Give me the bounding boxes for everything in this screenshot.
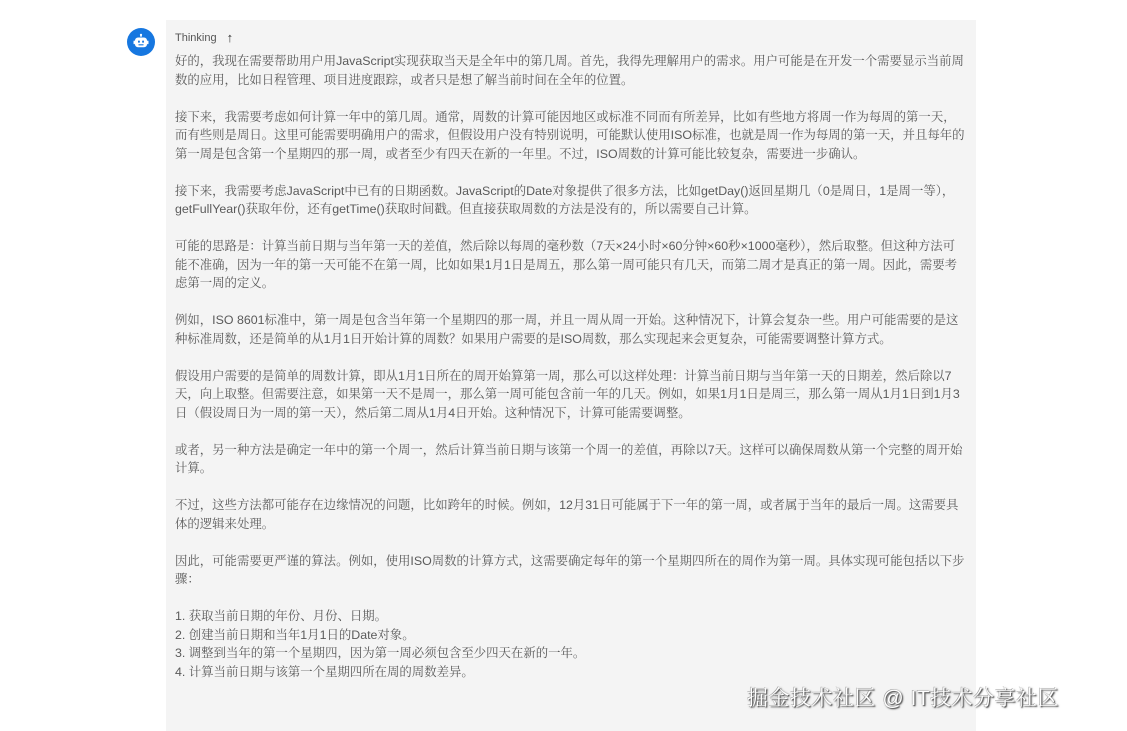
robot-icon <box>132 33 150 51</box>
steps-list: 1. 获取当前日期的年份、月份、日期。 2. 创建当前日期和当年1月1日的Dat… <box>175 607 967 681</box>
paragraph: 可能的思路是：计算当前日期与当年第一天的差值，然后除以每周的毫秒数（7天×24小… <box>175 237 967 293</box>
paragraph: 好的，我现在需要帮助用户用JavaScript实现获取当天是全年中的第几周。首先… <box>175 52 967 89</box>
paragraph: 因此，可能需要更严谨的算法。例如，使用ISO周数的计算方式，这需要确定每年的第一… <box>175 552 967 589</box>
paragraph: 例如，ISO 8601标准中，第一周是包含当年第一个星期四的那一周，并且一周从周… <box>175 311 967 348</box>
paragraph: 接下来，我需要考虑如何计算一年中的第几周。通常，周数的计算可能因地区或标准不同而… <box>175 108 967 164</box>
list-item: 1. 获取当前日期的年份、月份、日期。 <box>175 607 967 626</box>
list-item: 4. 计算当前日期与该第一个星期四所在周的周数差异。 <box>175 663 967 682</box>
paragraph: 接下来，我需要考虑JavaScript中已有的日期函数。JavaScript的D… <box>175 182 967 219</box>
watermark: 掘金技术社区 @ IT技术分享社区 <box>747 682 1059 712</box>
arrow-up-icon: ↑ <box>227 31 234 44</box>
paragraph: 或者，另一种方法是确定一年中的第一个周一，然后计算当前日期与该第一个周一的差值，… <box>175 441 967 478</box>
list-item: 3. 调整到当年的第一个星期四，因为第一周必须包含至少四天在新的一年。 <box>175 644 967 663</box>
list-item: 2. 创建当前日期和当年1月1日的Date对象。 <box>175 626 967 645</box>
assistant-avatar <box>127 28 155 56</box>
thinking-content: 好的，我现在需要帮助用户用JavaScript实现获取当天是全年中的第几周。首先… <box>175 52 967 681</box>
paragraph: 不过，这些方法都可能存在边缘情况的问题，比如跨年的时候。例如，12月31日可能属… <box>175 496 967 533</box>
thinking-label: Thinking <box>175 32 217 44</box>
thinking-panel: Thinking ↑ 好的，我现在需要帮助用户用JavaScript实现获取当天… <box>166 20 976 731</box>
thinking-toggle[interactable]: Thinking ↑ <box>175 31 233 44</box>
paragraph: 假设用户需要的是简单的周数计算，即从1月1日所在的周开始算第一周，那么可以这样处… <box>175 367 967 423</box>
chat-page: Thinking ↑ 好的，我现在需要帮助用户用JavaScript实现获取当天… <box>0 0 1127 731</box>
